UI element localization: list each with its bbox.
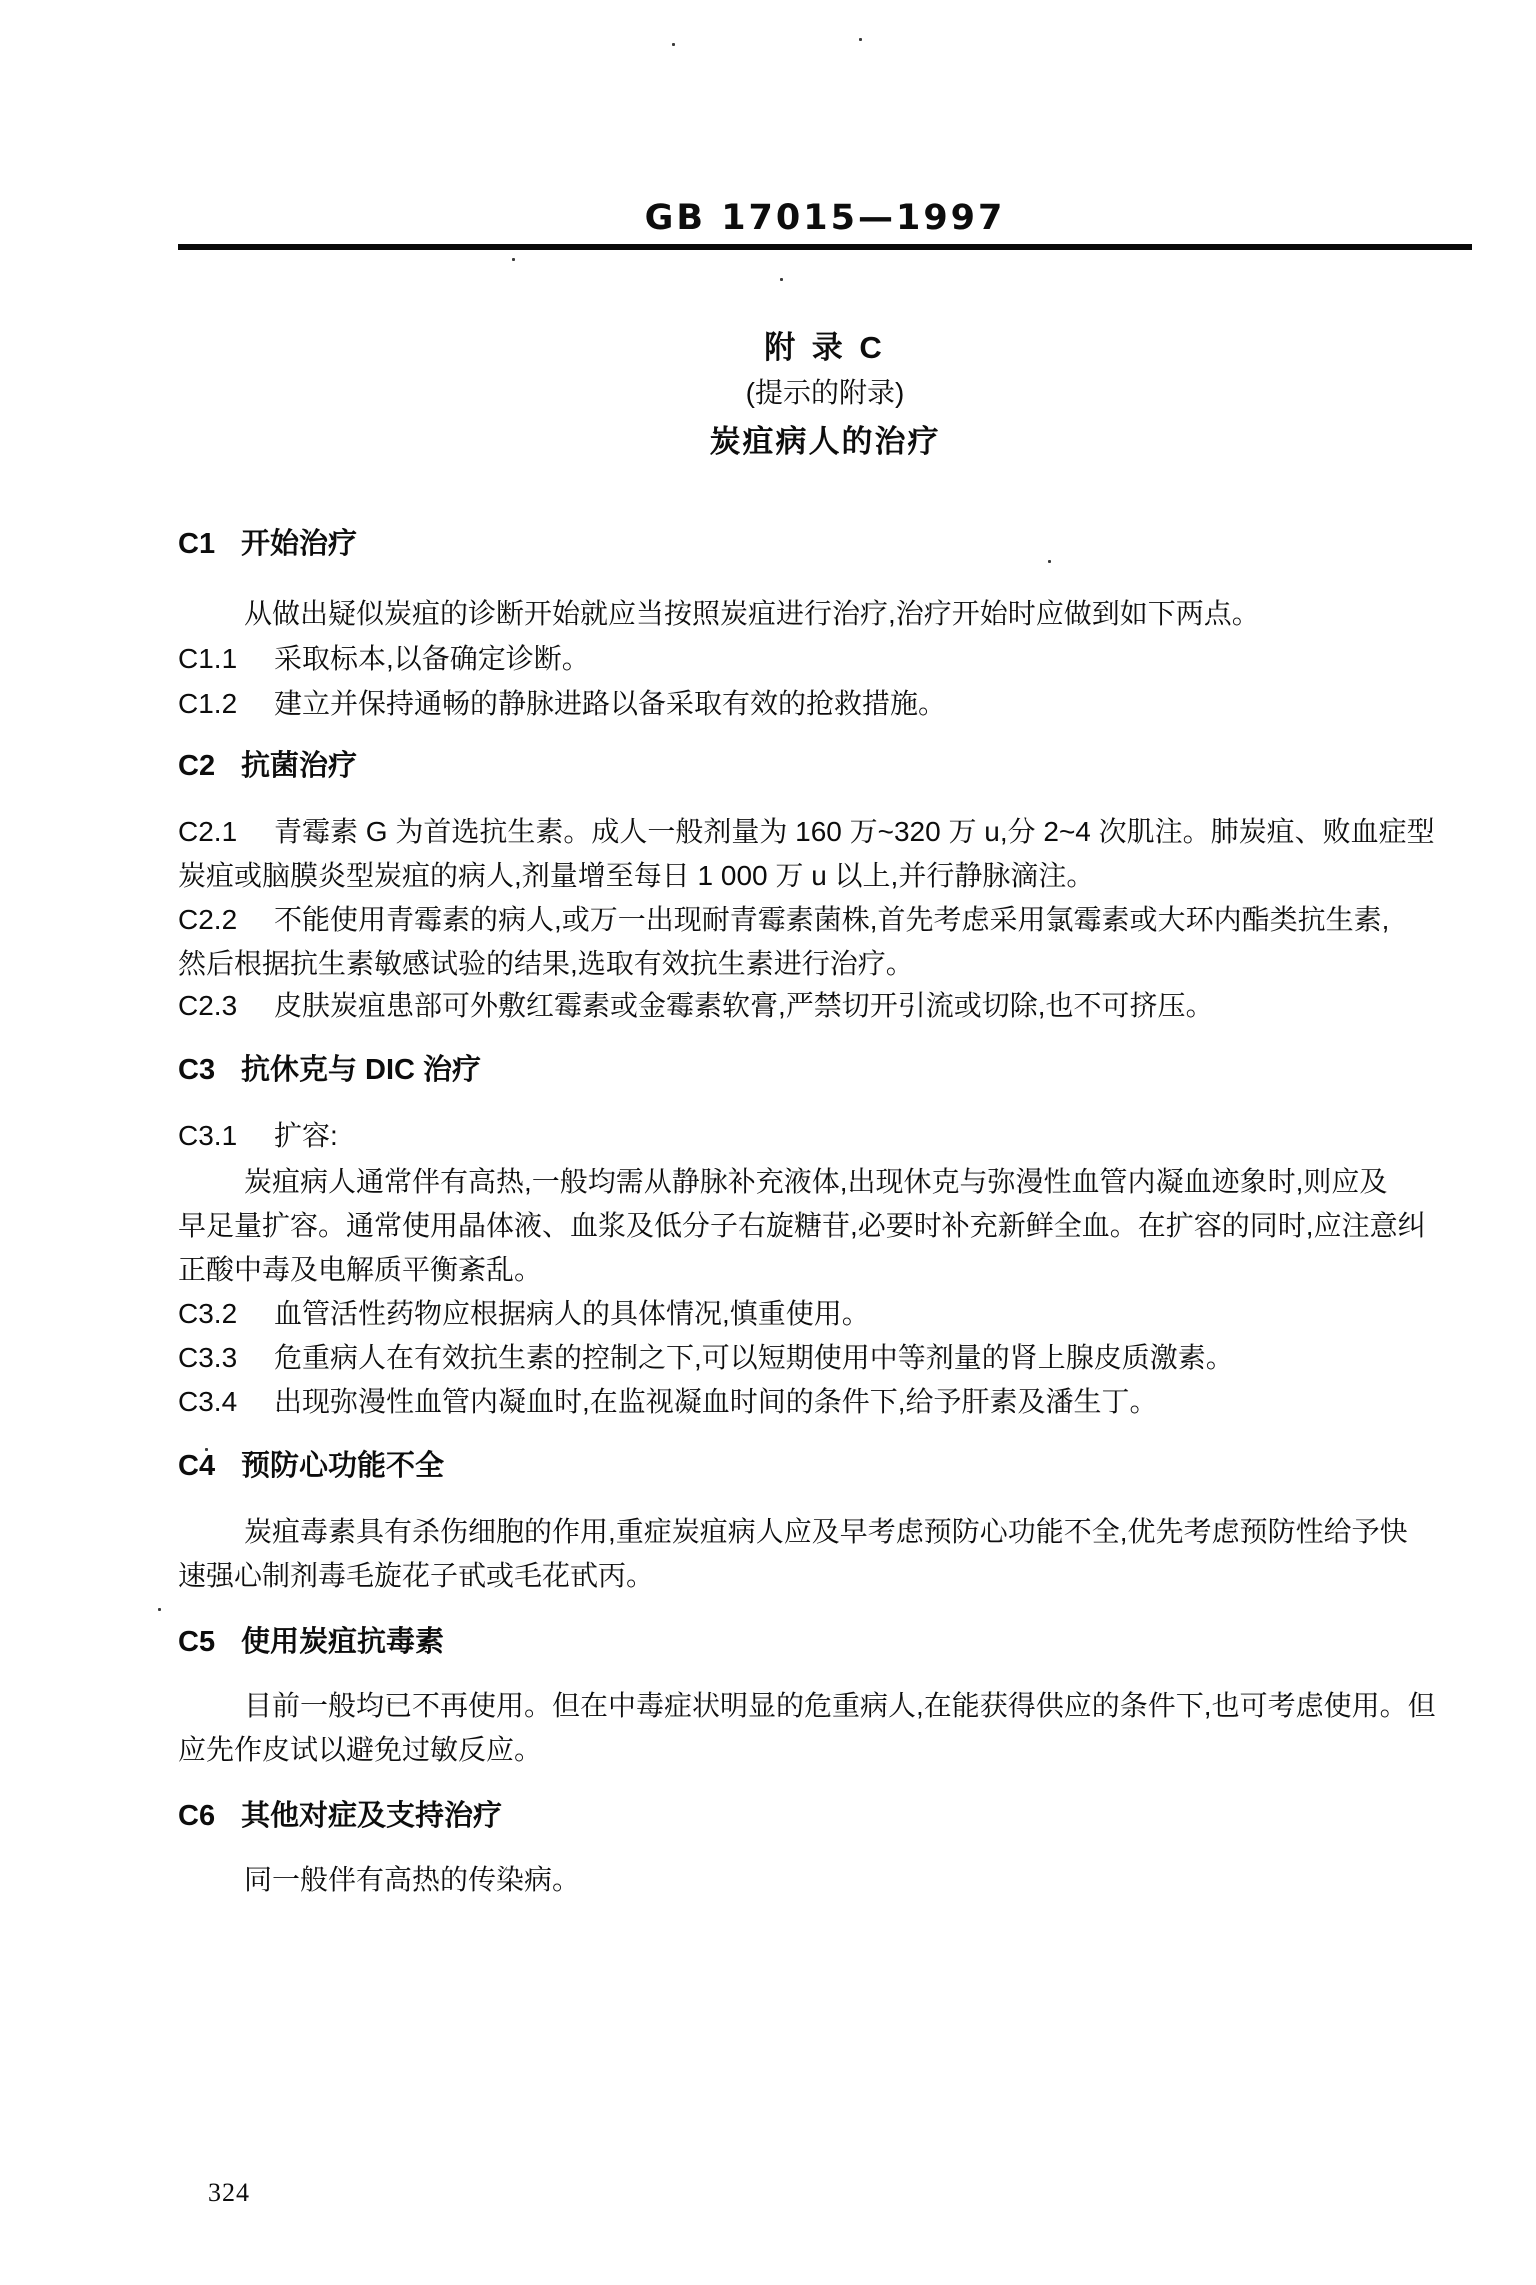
clause-number: C1.2 <box>178 682 274 726</box>
section-heading-c3: C3抗休克与 DIC 治疗 <box>178 1048 1472 1092</box>
clause-text: 采取标本,以备确定诊断。 <box>274 643 590 674</box>
clause-text: 皮肤炭疽患部可外敷红霉素或金霉素软膏,严禁切开引流或切除,也不可挤压。 <box>274 990 1214 1021</box>
section-number: C4 <box>178 1444 241 1488</box>
section-title: 抗休克与 DIC 治疗 <box>241 1054 481 1086</box>
section-heading-c5: C5使用炭疽抗毒素 <box>178 1620 1472 1664</box>
section-title: 抗菌治疗 <box>241 750 357 782</box>
clause-number: C3.4 <box>178 1380 274 1424</box>
clause-c3-3: C3.3危重病人在有效抗生素的控制之下,可以短期使用中等剂量的肾上腺皮质激素。 <box>178 1336 1472 1380</box>
paragraph-line: 从做出疑似炭疽的诊断开始就应当按照炭疽进行治疗,治疗开始时应做到如下两点。 <box>178 592 1472 636</box>
header-rule <box>178 244 1472 250</box>
clause-text: 血管活性药物应根据病人的具体情况,慎重使用。 <box>274 1298 870 1329</box>
scan-speck <box>672 43 675 46</box>
clause-continuation: 炭疽或脑膜炎型炭疽的病人,剂量增至每日 1 000 万 u 以上,并行静脉滴注。 <box>178 854 1472 898</box>
section-number: C2 <box>178 744 241 788</box>
clause-number: C2.3 <box>178 984 274 1028</box>
page-number: 324 <box>208 2178 250 2208</box>
appendix-title: 炭疽病人的治疗 <box>178 416 1472 461</box>
clause-c3-2: C3.2血管活性药物应根据病人的具体情况,慎重使用。 <box>178 1292 1472 1336</box>
paragraph-line: 应先作皮试以避免过敏反应。 <box>178 1728 1472 1772</box>
clause-c2-1: C2.1青霉素 G 为首选抗生素。成人一般剂量为 160 万~320 万 u,分… <box>178 810 1472 854</box>
clause-text: 建立并保持通畅的静脉进路以备采取有效的抢救措施。 <box>274 688 946 719</box>
clause-text: 危重病人在有效抗生素的控制之下,可以短期使用中等剂量的肾上腺皮质激素。 <box>274 1342 1234 1373</box>
scan-speck <box>859 38 862 41</box>
section-number: C1 <box>178 522 241 566</box>
document-page: GB 17015—1997 附 录 C (提示的附录) 炭疽病人的治疗 C1开始… <box>0 0 1536 2285</box>
section-heading-c2: C2抗菌治疗 <box>178 744 1472 788</box>
clause-c3-4: C3.4出现弥漫性血管内凝血时,在监视凝血时间的条件下,给予肝素及潘生丁。 <box>178 1380 1472 1424</box>
paragraph-line: 炭疽毒素具有杀伤细胞的作用,重症炭疽病人应及早考虑预防心功能不全,优先考虑预防性… <box>178 1510 1472 1554</box>
appendix-label: 附 录 C <box>178 322 1472 367</box>
clause-text: 扩容: <box>274 1120 338 1151</box>
clause-text: 出现弥漫性血管内凝血时,在监视凝血时间的条件下,给予肝素及潘生丁。 <box>274 1386 1158 1417</box>
paragraph-line: 同一般伴有高热的传染病。 <box>178 1858 1472 1902</box>
section-title: 开始治疗 <box>241 528 357 560</box>
clause-number: C3.3 <box>178 1336 274 1380</box>
clause-number: C1.1 <box>178 637 274 681</box>
scan-speck <box>158 1608 161 1611</box>
clause-text: 不能使用青霉素的病人,或万一出现耐青霉素菌株,首先考虑采用氯霉素或大环内酯类抗生… <box>274 904 1389 935</box>
section-title: 预防心功能不全 <box>241 1450 444 1482</box>
clause-c1-1: C1.1采取标本,以备确定诊断。 <box>178 637 1472 681</box>
clause-c2-3: C2.3皮肤炭疽患部可外敷红霉素或金霉素软膏,严禁切开引流或切除,也不可挤压。 <box>178 984 1472 1028</box>
section-title: 其他对症及支持治疗 <box>241 1800 502 1832</box>
paragraph-line: 速强心制剂毒毛旋花子甙或毛花甙丙。 <box>178 1554 1472 1598</box>
scan-speck <box>512 258 515 261</box>
scan-speck <box>780 278 783 281</box>
paragraph-line: 正酸中毒及电解质平衡紊乱。 <box>178 1248 1472 1292</box>
clause-number: C3.2 <box>178 1292 274 1336</box>
section-number: C6 <box>178 1794 241 1838</box>
section-number: C3 <box>178 1048 241 1092</box>
clause-c3-1: C3.1扩容: <box>178 1114 1472 1158</box>
standard-number: GB 17015—1997 <box>178 198 1472 238</box>
section-heading-c1: C1开始治疗 <box>178 522 1472 566</box>
paragraph-line: 目前一般均已不再使用。但在中毒症状明显的危重病人,在能获得供应的条件下,也可考虑… <box>178 1684 1472 1728</box>
clause-c2-2: C2.2不能使用青霉素的病人,或万一出现耐青霉素菌株,首先考虑采用氯霉素或大环内… <box>178 898 1472 942</box>
section-heading-c4: C4预防心功能不全 <box>178 1444 1472 1488</box>
paragraph-line: 早足量扩容。通常使用晶体液、血浆及低分子右旋糖苷,必要时补充新鲜全血。在扩容的同… <box>178 1204 1472 1248</box>
clause-text: 青霉素 G 为首选抗生素。成人一般剂量为 160 万~320 万 u,分 2~4… <box>274 816 1435 847</box>
section-number: C5 <box>178 1620 241 1664</box>
appendix-note: (提示的附录) <box>178 371 1472 411</box>
section-heading-c6: C6其他对症及支持治疗 <box>178 1794 1472 1838</box>
clause-number: C2.2 <box>178 898 274 942</box>
section-title: 使用炭疽抗毒素 <box>241 1626 444 1658</box>
clause-number: C3.1 <box>178 1114 274 1158</box>
clause-c1-2: C1.2建立并保持通畅的静脉进路以备采取有效的抢救措施。 <box>178 682 1472 726</box>
clause-number: C2.1 <box>178 810 274 854</box>
clause-continuation: 然后根据抗生素敏感试验的结果,选取有效抗生素进行治疗。 <box>178 942 1472 986</box>
paragraph-line: 炭疽病人通常伴有高热,一般均需从静脉补充液体,出现休克与弥漫性血管内凝血迹象时,… <box>178 1160 1472 1204</box>
